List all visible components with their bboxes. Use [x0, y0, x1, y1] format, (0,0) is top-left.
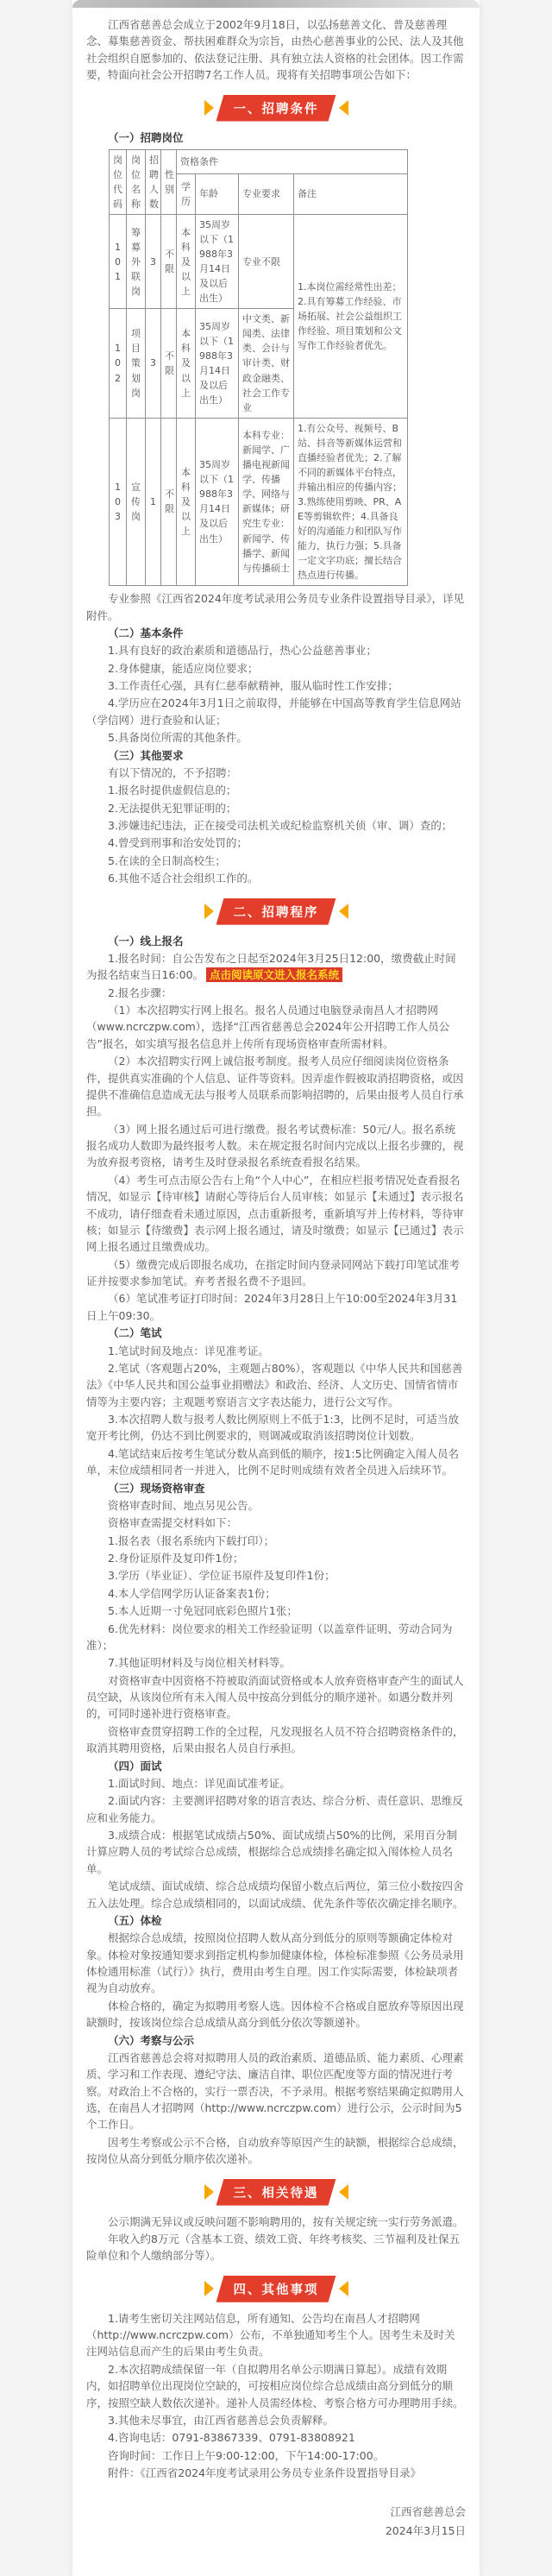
paragraph: 7.其他证明材料及与岗位相关材料等。: [86, 1654, 466, 1671]
banner-recruit-conditions: 一、招聘条件: [86, 95, 466, 122]
paragraph: 2.身体健康，能适应岗位要求；: [86, 660, 466, 677]
paragraph-text: 咨询时间：工作日上午9:00-12:00，下午14:00-17:00。: [108, 2449, 384, 2462]
paragraph-text: 5.具备岗位所需的其他条件。: [108, 731, 248, 744]
table-section-title: （一）招聘岗位: [86, 129, 466, 146]
paragraph: 年收入约8万元（含基本工资、绩效工资、年终考核奖、三节福利及社保五险单位和个人缴…: [86, 2231, 466, 2264]
paragraph-text: 资格审查贯穿招聘工作的全过程，凡发现报名人员不符合招聘资格条件的，取消其聘用资格…: [86, 1725, 464, 1754]
intro-paragraph: 江西省慈善总会成立于2002年9月18日，以弘扬慈善文化、普及慈善理念、募集慈善…: [86, 16, 466, 84]
paragraph: 咨询时间：工作日上午9:00-12:00，下午14:00-17:00。: [86, 2447, 466, 2464]
cell-count: 3: [146, 309, 161, 418]
paragraph-text: 1.报名时提供虚假信息的；: [108, 784, 236, 797]
paragraph-text: 2.报名步骤：: [108, 986, 172, 999]
paragraph-text: 2.身体健康，能适应岗位要求；: [108, 662, 258, 675]
cell-name: 项目策划岗: [127, 309, 146, 418]
section-treatment-body: 公示期满无异议或反映问题不影响聘用的，按有关规定统一实行劳务派遣。 年收入约8万…: [86, 2214, 466, 2264]
paragraph: 5.在读的全日制高校生；: [86, 853, 466, 869]
cell-age: 35周岁以下（1988年3月14日及以后出生）: [196, 418, 239, 586]
paragraph: 公示期满无异议或反映问题不影响聘用的，按有关规定统一实行劳务派遣。: [86, 2214, 466, 2230]
paragraph-text: 3.其他未尽事宜，由江西省慈善总会负责解释。: [108, 2414, 334, 2427]
paragraph-text: 3.涉嫌违纪违法，正在接受司法机关或纪检监察机关侦（审、调）查的；: [108, 819, 452, 832]
paragraph-text: （二）笔试: [108, 1326, 162, 1339]
paragraph-text: 资格审查需提交材料如下：: [108, 1516, 237, 1529]
cell-education: 本科及以上: [177, 309, 196, 418]
cell-code: 102: [110, 309, 127, 418]
recruit-table: 岗位代码 岗位名称 招聘人数 性别 资格条件 学历 年龄 专业要求 备注 101…: [109, 149, 408, 586]
paragraph: 1.面试时间、地点：详见面试准考证。: [86, 1775, 466, 1792]
table-header-row-1: 岗位代码 岗位名称 招聘人数 性别 资格条件: [110, 149, 408, 173]
paragraph: （4）考生可点击原公告右上角“个人中心”，在相应栏报考情况处查看报名情况，如显示…: [86, 1172, 466, 1256]
paragraph-text: 4.本人学信网学历认证备案表1份；: [108, 1587, 276, 1600]
cell-note: 1.有公众号、视频号、B站、抖音等新媒体运营和直播经验者优先；2.了解不同的新媒…: [294, 418, 408, 586]
paragraph: 3.涉嫌违纪违法，正在接受司法机关或纪检监察机关侦（审、调）查的；: [86, 817, 466, 834]
col-header-count: 招聘人数: [146, 149, 161, 214]
paragraph: 3.成绩合成：根据笔试成绩占50%、面试成绩占50%的比例，采用百分制计算应聘人…: [86, 1827, 466, 1877]
paragraph-text: 1.笔试时间及地点：详见准考证。: [108, 1345, 269, 1357]
cell-major: 本科专业：新闻学、广播电视新闻学、传播学、网络与新媒体；研究生专业：新闻学、传播…: [239, 418, 294, 586]
paragraph-text: 1.面试时间、地点：详见面试准考证。: [108, 1777, 291, 1790]
paragraph: （一）线上报名: [86, 933, 466, 949]
paragraph: （5）缴费完成后即报名成功，在指定时间内登录同网站下载打印笔试准考证并按要求参加…: [86, 1257, 466, 1290]
paragraph: （1）本次招聘实行网上报名。报名人员通过电脑登录南昌人才招聘网（www.ncrc…: [86, 1002, 466, 1052]
paragraph: 6.优先材料：岗位要求的相关工作经验证明（以盖章件证明、劳动合同为准）；: [86, 1621, 466, 1654]
cell-code: 103: [110, 418, 127, 586]
paragraph: 4.曾受到刑事和治安处罚的；: [86, 835, 466, 851]
paragraph-text: 1.报名表（报名系统内下载打印）；: [108, 1534, 274, 1547]
paragraph: 体检合格的，确定为拟聘用考察人选。因体检不合格或自愿放弃等原因出现缺额时，按该岗…: [86, 1998, 466, 2031]
table-row-103: 103 宣传岗 1 不限 本科及以上 35周岁以下（1988年3月14日及以后出…: [110, 418, 408, 586]
paragraph-text: 3.工作责任心强，具有仁慈奉献精神，服从临时性工作安排；: [108, 679, 398, 692]
cell-code: 101: [110, 215, 127, 309]
paragraph-text: 因考生考察或公示不合格，自动放弃等原因产生的缺额，根据综合总成绩，按岗位从高分到…: [86, 2136, 464, 2165]
paragraph-text: 专业参照《江西省2024年度考试录用公务员专业条件设置指导目录》，详见附件。: [86, 592, 464, 621]
paragraph: （6）笔试准考证打印时间：2024年3月28日上午10:00至2024年3月31…: [86, 1290, 466, 1324]
col-header-qualifications: 资格条件: [177, 149, 408, 173]
paragraph-text: （3）网上报名通过后可进行缴费。报名考试费标准：50元/人。报名系统报名成功人数…: [86, 1123, 464, 1169]
paragraph: 笔试成绩、面试成绩、综合总成绩均保留小数点后两位，第三位小数按四舍五入法处理。综…: [86, 1878, 466, 1912]
banner-right-chevron-icon: [339, 904, 348, 919]
paragraph: 1.报名时提供虚假信息的；: [86, 782, 466, 798]
paragraph: 2.笔试（客观题占20%，主观题占80%），客观题以《中华人民共和国慈善法》《中…: [86, 1360, 466, 1410]
paragraph-text: 3.本次招聘人数与报考人数比例原则上不低于1:3，比例不足时，可适当放宽开考比例…: [86, 1413, 459, 1442]
banner-left-chevron-icon: [204, 2184, 214, 2200]
paragraph: 1.报名时间：自公告发布之日起至2024年3月25日12:00，缴费截止时间为报…: [86, 950, 466, 984]
section-conditions-body: 专业参照《江西省2024年度考试录用公务员专业条件设置指导目录》，详见附件。 （…: [86, 590, 466, 886]
paragraph-text: 2.无法提供无犯罪证明的；: [108, 802, 236, 815]
cell-major: 中文类、新闻类、法律类、会计与审计类、财政金融类、社会工作专业: [239, 309, 294, 418]
paragraph-text: （4）考生可点击原公告右上角“个人中心”，在相应栏报考情况处查看报名情况，如显示…: [86, 1174, 464, 1254]
cell-major: 专业不限: [239, 215, 294, 309]
paragraph-text: （二）基本条件: [108, 627, 184, 639]
cell-count: 3: [146, 215, 161, 309]
paragraph-text: （2）本次招聘实行网上诚信报考制度。报考人员应仔细阅读岗位资格条件，提供真实准确…: [86, 1055, 464, 1118]
banner-right-chevron-icon: [339, 2184, 348, 2200]
cell-age: 35周岁以下（1988年3月14日及以后出生）: [196, 215, 239, 309]
paragraph: 2.本次招聘成绩保留一年（自拟聘用名单公示期满日算起）。成绩有效期内，如招聘单位…: [86, 2361, 466, 2411]
banner-title: 三、相关待遇: [216, 2179, 336, 2206]
section-others-body: 1.请考生密切关注网站信息，所有通知、公告均在南昌人才招聘网（http://ww…: [86, 2310, 466, 2482]
paragraph-text: （六）考察与公示: [108, 2034, 194, 2047]
paragraph-text: 1.请考生密切关注网站信息，所有通知、公告均在南昌人才招聘网（http://ww…: [86, 2312, 455, 2359]
col-header-name: 岗位名称: [127, 149, 146, 214]
paragraph: 5.本人近期一寸免冠同底彩色照片1张；: [86, 1603, 466, 1619]
signature-org: 江西省慈善总会: [86, 2504, 466, 2521]
col-header-code: 岗位代码: [110, 149, 127, 214]
banner-left-chevron-icon: [204, 100, 214, 116]
col-header-education: 学历: [177, 173, 196, 214]
paragraph: （三）其他要求: [86, 747, 466, 764]
banner-title: 二、招聘程序: [216, 898, 336, 925]
banner-right-chevron-icon: [339, 100, 348, 116]
cell-education: 本科及以上: [177, 215, 196, 309]
paragraph: （六）考察与公示: [86, 2032, 466, 2049]
signature-block: 江西省慈善总会 2024年3月15日: [86, 2504, 466, 2540]
cell-name: 筹募外联岗: [127, 215, 146, 309]
paragraph: 1.笔试时间及地点：详见准考证。: [86, 1343, 466, 1359]
banner-treatment: 三、相关待遇: [86, 2179, 466, 2206]
paragraph-text: （1）本次招聘实行网上报名。报名人员通过电脑登录南昌人才招聘网（www.ncrc…: [86, 1004, 449, 1050]
paragraph: （四）面试: [86, 1758, 466, 1774]
paragraph-text: （5）缴费完成后即报名成功，在指定时间内登录同网站下载打印笔试准考证并按要求参加…: [86, 1258, 460, 1288]
banner-right-chevron-icon: [339, 2281, 348, 2296]
paragraph-text: 6.优先材料：岗位要求的相关工作经验证明（以盖章件证明、劳动合同为准）；: [86, 1622, 452, 1652]
paragraph-text: 4.咨询电话：0791-83867339、0791-83808921: [108, 2431, 355, 2444]
banner-title: 四、其他事项: [216, 2276, 336, 2302]
paragraph: 3.学历（毕业证）、学位证书原件及复印件1份；: [86, 1567, 466, 1584]
paragraph-text: 附件：《江西省2024年度考试录用公务员专业条件设置指导目录》: [108, 2466, 421, 2479]
banner-title: 一、招聘条件: [216, 95, 336, 122]
paragraph-text: 江西省慈善总会将对拟聘用人员的政治素质、道德品质、能力素质、心理素质、学习和工作…: [86, 2051, 464, 2132]
cell-count: 1: [146, 418, 161, 586]
banner-left-chevron-icon: [204, 904, 214, 919]
paragraph-text: 根据综合总成绩，按照岗位招聘人数从高分到低分的原则等额确定体检对象。体检对象按通…: [86, 1931, 464, 1994]
paragraph-text: 4.笔试结束后按考生笔试分数从高到低的顺序，按1:5比例确定入闱人员名单，末位成…: [86, 1447, 459, 1477]
paragraph: 有以下情况的，不予招聘：: [86, 765, 466, 781]
paragraph: 1.请考生密切关注网站信息，所有通知、公告均在南昌人才招聘网（http://ww…: [86, 2310, 466, 2360]
paragraph: 根据综合总成绩，按照岗位招聘人数从高分到低分的原则等额确定体检对象。体检对象按通…: [86, 1930, 466, 1997]
paragraph: 2.无法提供无犯罪证明的；: [86, 800, 466, 816]
col-header-age: 年龄: [196, 173, 239, 214]
paragraph: 江西省慈善总会将对拟聘用人员的政治素质、道德品质、能力素质、心理素质、学习和工作…: [86, 2050, 466, 2133]
cell-gender: 不限: [161, 418, 177, 586]
paragraph: 3.本次招聘人数与报考人数比例原则上不低于1:3，比例不足时，可适当放宽开考比例…: [86, 1411, 466, 1445]
paragraph-text: 6.其他不适合社会组织工作的。: [108, 872, 258, 885]
paragraph-text: 2.本次招聘成绩保留一年（自拟聘用名单公示期满日算起）。成绩有效期内，如招聘单位…: [86, 2363, 464, 2409]
cell-gender: 不限: [161, 215, 177, 309]
paragraph-text: （四）面试: [108, 1760, 162, 1773]
paragraph-text: （五）体检: [108, 1914, 162, 1927]
paragraph-text: 体检合格的，确定为拟聘用考察人选。因体检不合格或自愿放弃等原因出现缺额时，按该岗…: [86, 2000, 464, 2029]
banner-left-chevron-icon: [204, 2281, 214, 2296]
cell-education: 本科及以上: [177, 418, 196, 586]
paragraph: （2）本次招聘实行网上诚信报考制度。报考人员应仔细阅读岗位资格条件，提供真实准确…: [86, 1053, 466, 1120]
paragraph: 资格审查需提交材料如下：: [86, 1515, 466, 1531]
cell-note-merged: 1.本岗位需经常性出差；2.具有筹募工作经验、市场拓展、社会公益组织工作经验、项…: [294, 215, 408, 419]
cell-gender: 不限: [161, 309, 177, 418]
paragraph-text: 2.身份证原件及复印件1份；: [108, 1552, 243, 1565]
paragraph: 4.笔试结束后按考生笔试分数从高到低的顺序，按1:5比例确定入闱人员名单，末位成…: [86, 1445, 466, 1479]
paragraph: 3.工作责任心强，具有仁慈奉献精神，服从临时性工作安排；: [86, 677, 466, 694]
paragraph-text: 3.学历（毕业证）、学位证书原件及复印件1份；: [108, 1569, 336, 1582]
paragraph: 因考生考察或公示不合格，自动放弃等原因产生的缺额，根据综合总成绩，按岗位从高分到…: [86, 2134, 466, 2168]
paragraph: 1.具有良好的政治素质和道德品行，热心公益慈善事业；: [86, 642, 466, 658]
paragraph: 4.本人学信网学历认证备案表1份；: [86, 1585, 466, 1602]
paragraph: 2.报名步骤：: [86, 985, 466, 1001]
readmore-highlight[interactable]: 点击阅读原文进入报名系统: [206, 967, 342, 982]
paragraph-text: 对资格审查中因资格不符被取消面试资格或本人放弃资格审查产生的面试人员空缺，从该岗…: [86, 1674, 464, 1721]
paragraph: （三）现场资格审查: [86, 1480, 466, 1496]
paragraph-text: 有以下情况的，不予招聘：: [108, 766, 237, 779]
paragraph: 4.咨询电话：0791-83867339、0791-83808921: [86, 2429, 466, 2446]
paragraph: 1.报名表（报名系统内下载打印）；: [86, 1533, 466, 1549]
paragraph-text: 公示期满无异议或反映问题不影响聘用的，按有关规定统一实行劳务派遣。: [108, 2215, 464, 2228]
paragraph: 6.其他不适合社会组织工作的。: [86, 870, 466, 886]
col-header-gender: 性别: [161, 149, 177, 214]
paragraph-text: 5.在读的全日制高校生；: [108, 854, 226, 867]
paragraph: （二）笔试: [86, 1325, 466, 1341]
banner-other-matters: 四、其他事项: [86, 2276, 466, 2302]
card-top-bar: [72, 0, 480, 8]
paragraph-text: 3.成绩合成：根据笔试成绩占50%、面试成绩占50%的比例，采用百分制计算应聘人…: [86, 1829, 457, 1875]
paragraph-text: 4.学历应在2024年3月1日之前取得，并能够在中国高等教育学生信息网站（学信网…: [86, 696, 461, 726]
col-header-major: 专业要求: [239, 173, 294, 214]
paragraph-text: 资格审查时间、地点另见公告。: [108, 1499, 259, 1512]
paragraph-text: （一）线上报名: [108, 935, 184, 948]
paragraph-text: （三）其他要求: [108, 749, 184, 762]
cell-age: 35周岁以下（1988年3月14日及以后出生）: [196, 309, 239, 418]
paragraph-text: 4.曾受到刑事和治安处罚的；: [108, 836, 248, 849]
paragraph: （二）基本条件: [86, 625, 466, 641]
cell-name: 宣传岗: [127, 418, 146, 586]
paragraph-text: （三）现场资格审查: [108, 1482, 205, 1495]
signature-date: 2024年3月15日: [86, 2522, 466, 2540]
paragraph: 5.具备岗位所需的其他条件。: [86, 729, 466, 746]
paragraph-text: 7.其他证明材料及与岗位相关材料等。: [108, 1656, 291, 1669]
paragraph-text: 1.具有良好的政治素质和道德品行，热心公益慈善事业；: [108, 644, 377, 657]
paragraph: （3）网上报名通过后可进行缴费。报名考试费标准：50元/人。报名系统报名成功人数…: [86, 1121, 466, 1171]
paragraph: 3.其他未尽事宜，由江西省慈善总会负责解释。: [86, 2412, 466, 2428]
paragraph-text: 笔试成绩、面试成绩、综合总成绩均保留小数点后两位，第三位小数按四舍五入法处理。综…: [86, 1880, 464, 1909]
paragraph: 附件：《江西省2024年度考试录用公务员专业条件设置指导目录》: [86, 2465, 466, 2481]
paragraph: 对资格审查中因资格不符被取消面试资格或本人放弃资格审查产生的面试人员空缺，从该岗…: [86, 1672, 466, 1723]
banner-procedure: 二、招聘程序: [86, 898, 466, 925]
paragraph: 2.身份证原件及复印件1份；: [86, 1550, 466, 1566]
col-header-note: 备注: [294, 173, 408, 214]
paragraph-text: 5.本人近期一寸免冠同底彩色照片1张；: [108, 1604, 298, 1617]
announcement-card: 江西省慈善总会成立于2002年9月18日，以弘扬慈善文化、普及慈善理念、募集慈善…: [72, 0, 480, 2576]
paragraph: （五）体检: [86, 1912, 466, 1929]
table-row-101: 101 筹募外联岗 3 不限 本科及以上 35周岁以下（1988年3月14日及以…: [110, 215, 408, 309]
paragraph: 资格审查贯穿招聘工作的全过程，凡发现报名人员不符合招聘资格条件的，取消其聘用资格…: [86, 1723, 466, 1757]
paragraph: 资格审查时间、地点另见公告。: [86, 1497, 466, 1514]
paragraph-text: 2.面试内容：主要测评招聘对象的语言表达、综合分析、责任意识、思维反应和业务能力…: [86, 1794, 463, 1823]
paragraph-text: 年收入约8万元（含基本工资、绩效工资、年终考核奖、三节福利及社保五险单位和个人缴…: [86, 2233, 460, 2262]
paragraph-text: 2.笔试（客观题占20%，主观题占80%），客观题以《中华人民共和国慈善法》《中…: [86, 1362, 462, 1408]
paragraph-text: （6）笔试准考证打印时间：2024年3月28日上午10:00至2024年3月31…: [86, 1292, 457, 1321]
paragraph: 专业参照《江西省2024年度考试录用公务员专业条件设置指导目录》，详见附件。: [86, 590, 466, 624]
paragraph: 2.面试内容：主要测评招聘对象的语言表达、综合分析、责任意识、思维反应和业务能力…: [86, 1792, 466, 1826]
paragraph: 4.学历应在2024年3月1日之前取得，并能够在中国高等教育学生信息网站（学信网…: [86, 695, 466, 728]
section-procedure-body: （一）线上报名 1.报名时间：自公告发布之日起至2024年3月25日12:00，…: [86, 933, 466, 2168]
